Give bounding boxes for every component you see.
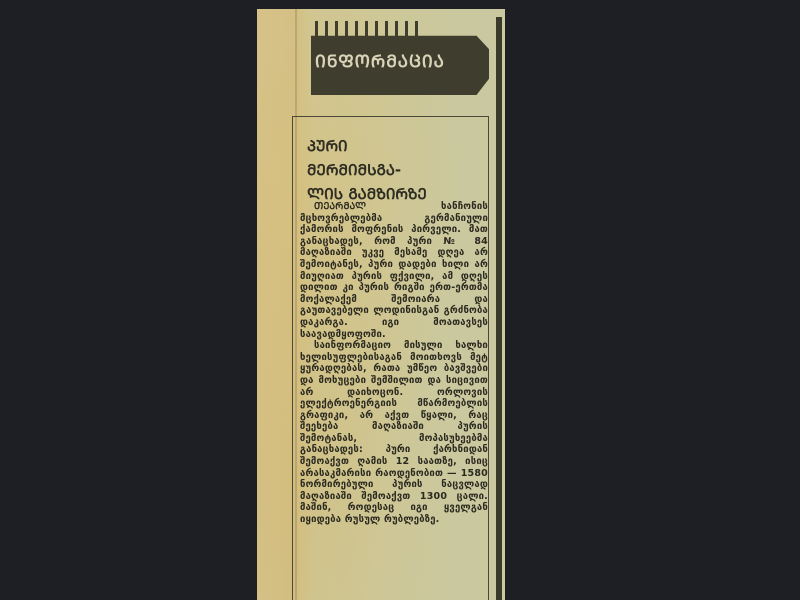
article-body: ᲗᲔᲐᲠᲛᲐᲚ ხანჩონის მცხოვრებლებმა გერმანიულ… <box>300 201 488 526</box>
section-header-title: ᲘᲜᲤᲝᲠᲛᲐᲪᲘᲐ <box>315 49 485 72</box>
headline-line: ᲞᲣᲠᲘ <box>307 134 482 158</box>
column-rule <box>496 17 502 600</box>
headline-line: ᲛᲔᲠᲛᲘᲛᲡᲒᲐ- <box>307 158 482 182</box>
section-header-ticks <box>315 21 425 43</box>
article-paragraph: ᲗᲔᲐᲠᲛᲐᲚ ხანჩონის მცხოვრებლებმა გერმანიულ… <box>300 201 488 340</box>
article-paragraph: საინფორმაციო მისული ხალხი ხელისუფლებისაგ… <box>300 340 488 526</box>
newspaper-clipping: ᲘᲜᲤᲝᲠᲛᲐᲪᲘᲐ ᲞᲣᲠᲘ ᲛᲔᲠᲛᲘᲛᲡᲒᲐ- ᲚᲘᲡ ᲒᲐᲛᲖᲘᲠᲖᲔ … <box>257 9 505 600</box>
article-headline: ᲞᲣᲠᲘ ᲛᲔᲠᲛᲘᲛᲡᲒᲐ- ᲚᲘᲡ ᲒᲐᲛᲖᲘᲠᲖᲔ <box>307 134 482 206</box>
